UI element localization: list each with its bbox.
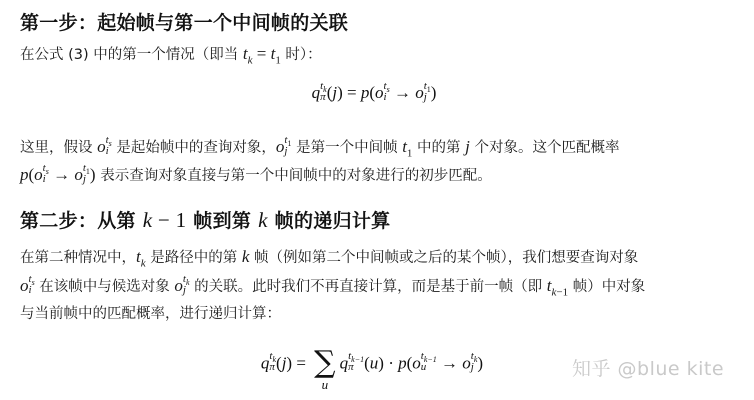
- watermark: 知乎 @blue kite: [572, 354, 724, 381]
- math-k-minus-1: k − 1: [143, 208, 187, 232]
- math-tk: tk: [136, 247, 146, 266]
- text: 在该帧中与候选对象: [35, 279, 175, 295]
- text: 个对象。这个匹配概率: [470, 140, 620, 156]
- section-1-heading: 第一步：起始帧与第一个中间帧的关联: [20, 8, 348, 35]
- text: 帧）中对象: [568, 279, 645, 295]
- section-1-para-line-1: 这里，假设 otsi 是起始帧中的查询对象，ot1j 是第一个中间帧 t1 中的…: [20, 133, 619, 162]
- math-script: tsi: [106, 135, 112, 157]
- text: 是起始帧中的查询对象，: [112, 140, 276, 156]
- section-2-para-line-2: otsi 在该帧中与候选对象 otkj 的关联。此时我们不再直接计算，而是基于前…: [20, 272, 645, 301]
- math-tk-eq-t1: tk = t1: [243, 44, 281, 63]
- text: 表示查询对象直接与第一个中间帧中的对象进行的初步匹配。: [96, 168, 492, 184]
- intro-text-end: 时）：: [281, 47, 322, 63]
- section-1-para-line-2: p(otsi → ot1j) 表示查询对象直接与第一个中间帧中的对象进行的初步匹…: [20, 161, 492, 190]
- section-2-para-line-1: 在第二种情况中，tk 是路径中的第 k 帧（例如第二个中间帧或之后的某个帧），我…: [20, 243, 638, 272]
- math-p-expr: p: [20, 165, 29, 184]
- text: 是第一个中间帧: [291, 140, 402, 156]
- section-2-para-line-3: 与当前帧中的匹配概率，进行递归计算：: [20, 301, 281, 328]
- math-o-i-ts: o: [97, 137, 106, 156]
- heading-text: 帧的递归计算: [268, 210, 391, 232]
- text: 帧（例如第二个中间帧或之后的某个帧），我们想要查询对象: [249, 250, 638, 266]
- section-2-heading: 第二步：从第 k − 1 帧到第 k 帧的递归计算: [20, 206, 390, 233]
- text: 是路径中的第: [146, 250, 242, 266]
- math-o-i-ts: o: [20, 276, 29, 295]
- text: 在第二种情况中，: [20, 250, 136, 266]
- summation-symbol: ∑u: [314, 348, 335, 392]
- heading-text: 帧到第: [186, 210, 258, 232]
- text: 的关联。此时我们不再直接计算，而是基于前一帧（即: [190, 279, 547, 295]
- intro-text: 在公式 (3) 中的第一个情况（即当: [20, 47, 243, 63]
- math-k: k: [258, 208, 268, 232]
- math-tk-minus-1: tk−1: [547, 276, 568, 295]
- section-1-intro: 在公式 (3) 中的第一个情况（即当 tk = t1 时）：: [20, 40, 322, 69]
- math-t1: t1: [402, 137, 412, 156]
- math-script: t1j: [284, 135, 291, 157]
- text: 中的第: [412, 140, 465, 156]
- text: 这里，假设: [20, 140, 97, 156]
- heading-text: 第二步：从第: [20, 210, 143, 232]
- equation-1: qtkπ(j) = p(otsi → ot1j): [14, 82, 734, 105]
- math-o-j-tk: o: [174, 276, 183, 295]
